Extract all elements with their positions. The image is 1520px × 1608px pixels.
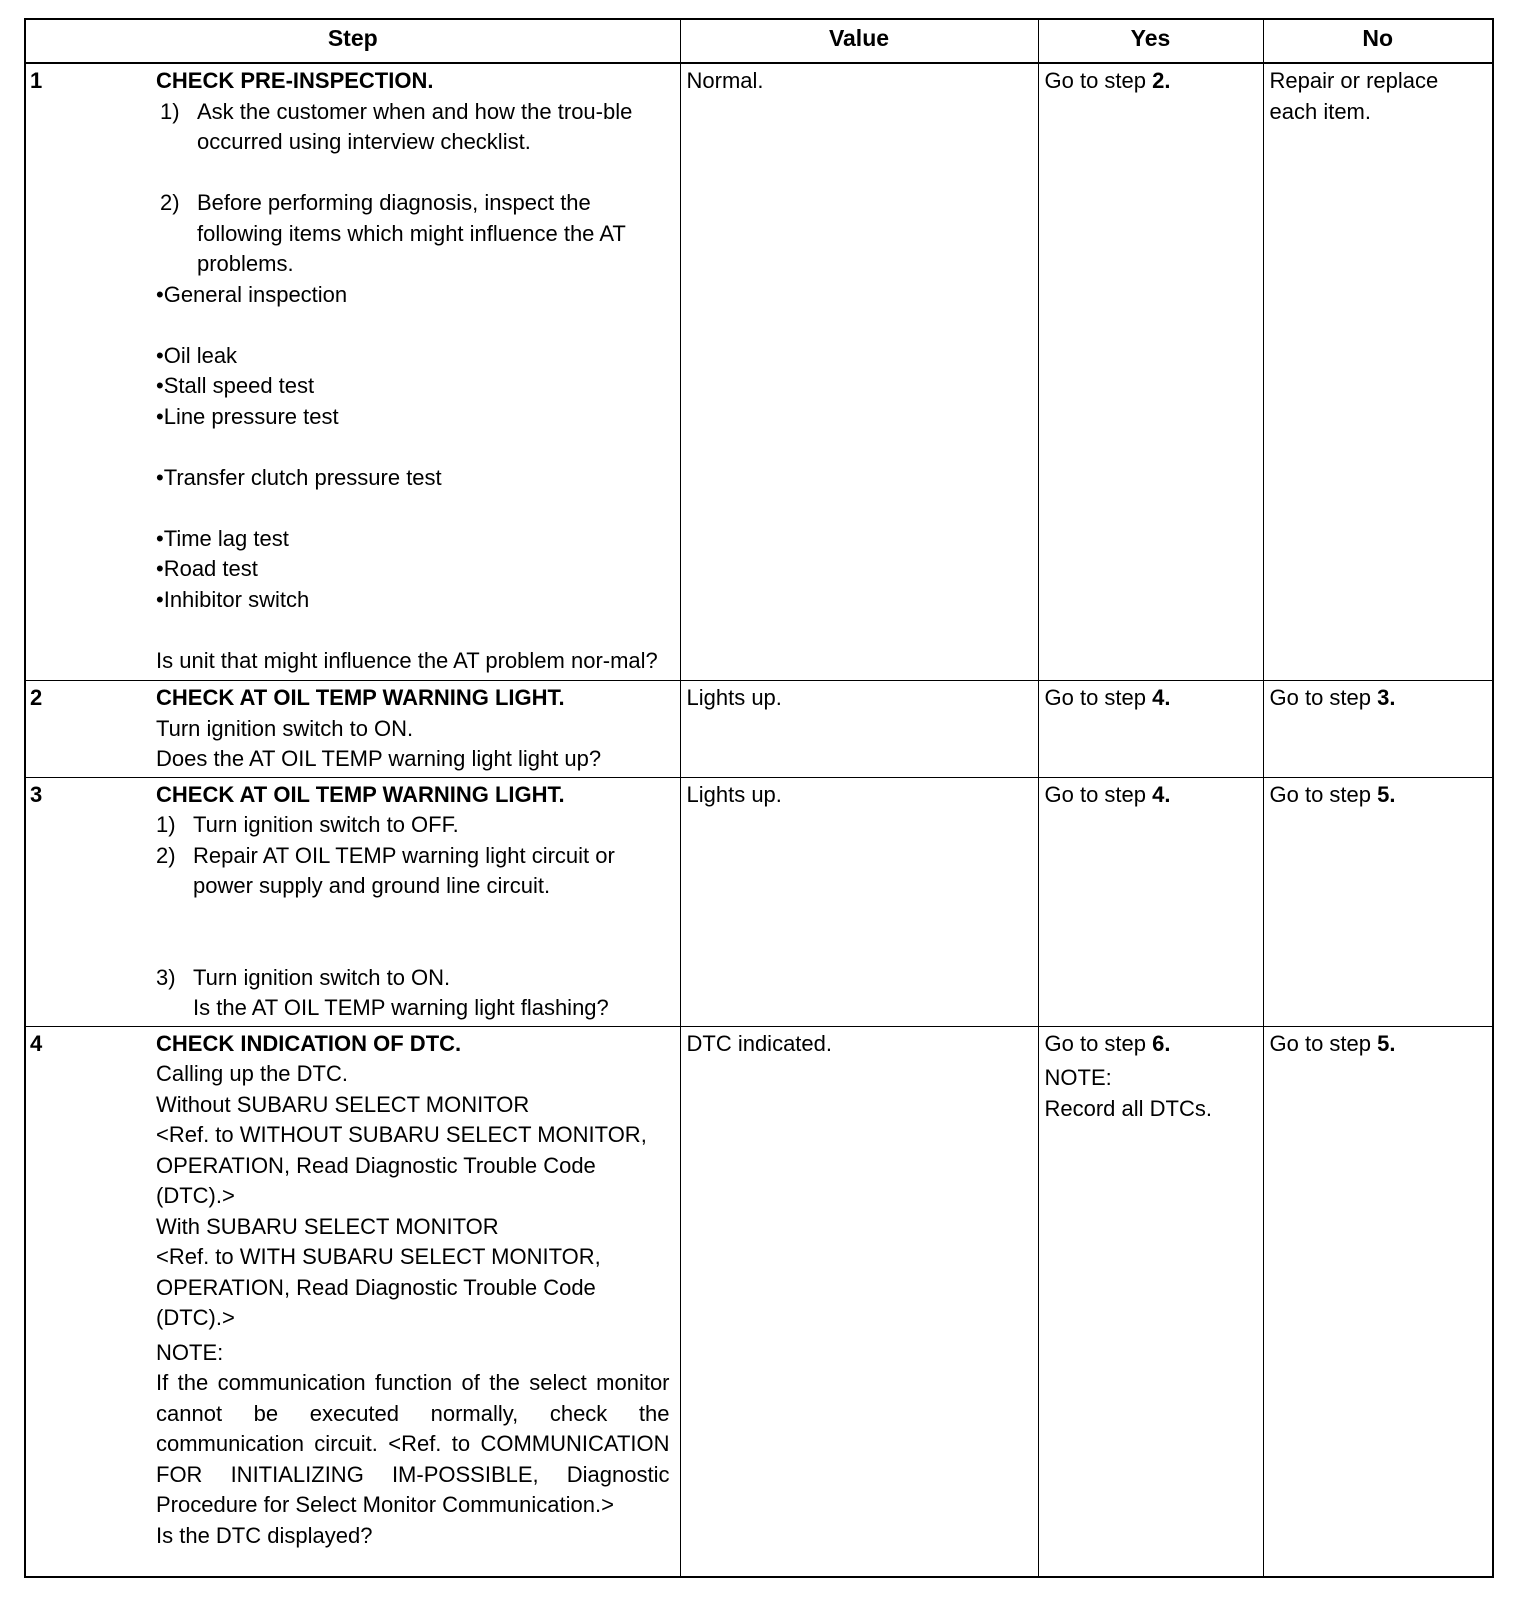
header-yes: Yes xyxy=(1038,19,1263,63)
step-cell: 4 CHECK INDICATION OF DTC. Calling up th… xyxy=(25,1026,680,1577)
step-title: CHECK PRE-INSPECTION. xyxy=(156,66,670,97)
value-cell: Lights up. xyxy=(680,681,1038,778)
reference-link[interactable]: <Ref. to WITH SUBARU SELECT MONITOR, OPE… xyxy=(156,1242,670,1334)
step-line: Turn ignition switch to ON. xyxy=(156,714,670,745)
step-title: CHECK INDICATION OF DTC. xyxy=(156,1029,670,1060)
step-cell: 1 CHECK PRE-INSPECTION. 1)Ask the custom… xyxy=(25,63,680,681)
yes-step-link: 6. xyxy=(1152,1031,1170,1056)
bullet-item: •Time lag test xyxy=(156,524,670,555)
no-cell: Repair or replace each item. xyxy=(1263,63,1493,681)
no-cell: Go to step 5. xyxy=(1263,777,1493,1026)
step-question: Is unit that might influence the AT prob… xyxy=(156,646,670,677)
list-item: 1)Ask the customer when and how the trou… xyxy=(160,97,670,158)
yes-cell: Go to step 4. xyxy=(1038,681,1263,778)
yes-cell: Go to step 2. xyxy=(1038,63,1263,681)
step-title: CHECK AT OIL TEMP WARNING LIGHT. xyxy=(156,780,670,811)
table-row: 3 CHECK AT OIL TEMP WARNING LIGHT. 1)Tur… xyxy=(25,777,1493,1026)
step-line: With SUBARU SELECT MONITOR xyxy=(156,1212,670,1243)
step-number: 1 xyxy=(30,66,42,97)
step-line: Without SUBARU SELECT MONITOR xyxy=(156,1090,670,1121)
bullet-item: •Transfer clutch pressure test xyxy=(156,463,670,494)
value-cell: Lights up. xyxy=(680,777,1038,1026)
reference-link[interactable]: <Ref. to WITHOUT SUBARU SELECT MONITOR, … xyxy=(156,1120,670,1212)
list-item: 2)Repair AT OIL TEMP warning light circu… xyxy=(156,841,670,902)
yes-step-link: 4. xyxy=(1152,685,1170,710)
step-title: CHECK AT OIL TEMP WARNING LIGHT. xyxy=(156,683,670,714)
bullet-item: •Road test xyxy=(156,554,670,585)
value-cell: Normal. xyxy=(680,63,1038,681)
no-step-link: 3. xyxy=(1377,685,1395,710)
header-no: No xyxy=(1263,19,1493,63)
step-question: Is the AT OIL TEMP warning light flashin… xyxy=(193,993,670,1024)
no-step-link: 5. xyxy=(1377,1031,1395,1056)
yes-cell: Go to step 4. xyxy=(1038,777,1263,1026)
no-step-link: 5. xyxy=(1377,782,1395,807)
bullet-item: •Oil leak xyxy=(156,341,670,372)
bullet-item: •Line pressure test xyxy=(156,402,670,433)
step-cell: 3 CHECK AT OIL TEMP WARNING LIGHT. 1)Tur… xyxy=(25,777,680,1026)
step-number: 3 xyxy=(30,780,42,811)
value-cell: DTC indicated. xyxy=(680,1026,1038,1577)
step-question: Is the DTC displayed? xyxy=(156,1521,670,1552)
no-cell: Go to step 5. xyxy=(1263,1026,1493,1577)
header-step: Step xyxy=(25,19,680,63)
table-row: 2 CHECK AT OIL TEMP WARNING LIGHT. Turn … xyxy=(25,681,1493,778)
table-header-row: Step Value Yes No xyxy=(25,19,1493,63)
step-number: 2 xyxy=(30,683,42,714)
yes-cell: Go to step 6. NOTE: Record all DTCs. xyxy=(1038,1026,1263,1577)
table-row: 1 CHECK PRE-INSPECTION. 1)Ask the custom… xyxy=(25,63,1493,681)
note-text: If the communication function of the sel… xyxy=(156,1368,670,1521)
bullet-item: •Stall speed test xyxy=(156,371,670,402)
step-question: Does the AT OIL TEMP warning light light… xyxy=(156,744,670,775)
step-number: 4 xyxy=(30,1029,42,1060)
note-label: NOTE: xyxy=(156,1338,670,1369)
yes-note-text: Record all DTCs. xyxy=(1045,1094,1257,1125)
yes-step-link: 2. xyxy=(1152,68,1170,93)
step-line: Calling up the DTC. xyxy=(156,1059,670,1090)
yes-step-link: 4. xyxy=(1152,782,1170,807)
bullet-item: •Inhibitor switch xyxy=(156,585,670,616)
header-value: Value xyxy=(680,19,1038,63)
list-item: 3)Turn ignition switch to ON. xyxy=(156,963,670,994)
yes-note-label: NOTE: xyxy=(1045,1063,1257,1094)
list-item: 2)Before performing diagnosis, inspect t… xyxy=(160,188,670,280)
step-cell: 2 CHECK AT OIL TEMP WARNING LIGHT. Turn … xyxy=(25,681,680,778)
bullet-item: •General inspection xyxy=(156,280,670,311)
diagnostic-procedure-table: Step Value Yes No 1 CHECK PRE-INSPECTION… xyxy=(24,18,1494,1578)
list-item: 1)Turn ignition switch to OFF. xyxy=(156,810,670,841)
table-row: 4 CHECK INDICATION OF DTC. Calling up th… xyxy=(25,1026,1493,1577)
no-cell: Go to step 3. xyxy=(1263,681,1493,778)
